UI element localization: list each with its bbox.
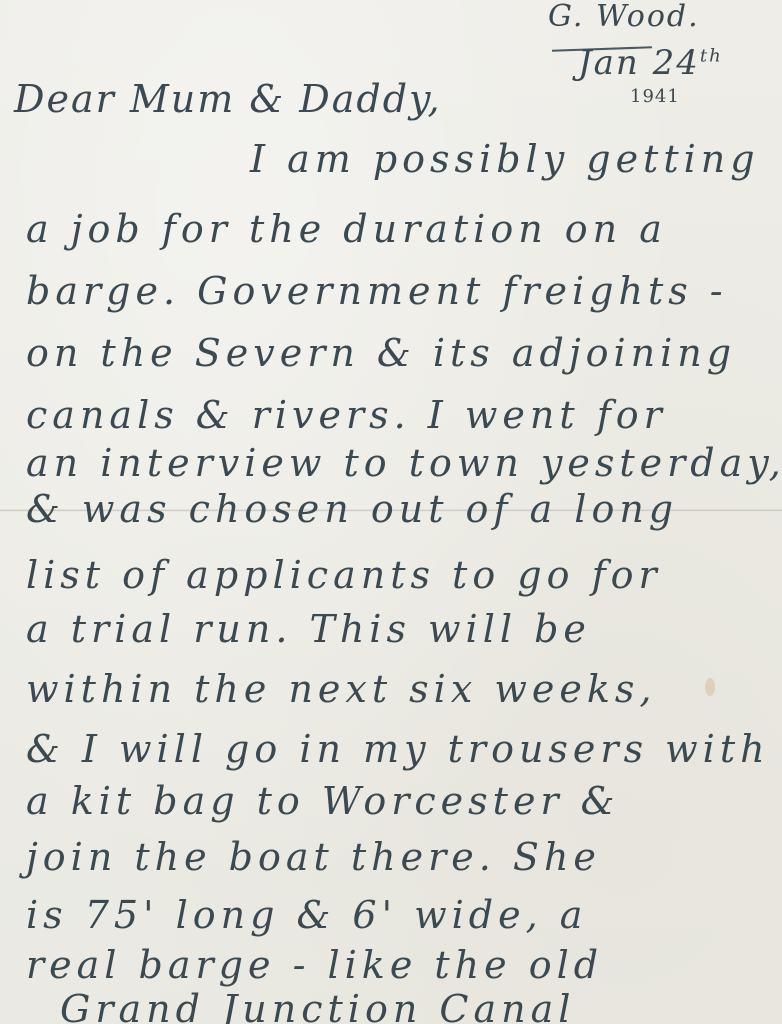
letter-line: list of applicants to go for bbox=[26, 556, 662, 594]
date-month-day: Jan 24 bbox=[578, 43, 700, 83]
date-suffix: th bbox=[700, 46, 723, 67]
sender-address: G. Wood. bbox=[548, 2, 700, 32]
letter-line: a job for the duration on a bbox=[26, 210, 667, 248]
letter-line: canals & rivers. I went for bbox=[26, 396, 667, 434]
letter-line: join the boat there. She bbox=[26, 838, 601, 876]
letter-line: & was chosen out of a long bbox=[26, 490, 678, 528]
letter-line: Grand Junction Canal bbox=[60, 990, 575, 1024]
paper-stain bbox=[705, 678, 715, 696]
letter-date: Jan 24th bbox=[578, 46, 723, 80]
letter-line: an interview to town yesterday, bbox=[26, 444, 782, 482]
letter-line: & I will go in my trousers with bbox=[26, 730, 770, 768]
letter-line: a kit bag to Worcester & bbox=[26, 782, 620, 820]
letter-line: on the Severn & its adjoining bbox=[26, 334, 736, 372]
letter-year: 1941 bbox=[630, 88, 680, 106]
letter-page: G. Wood. Jan 24th 1941 Dear Mum & Daddy,… bbox=[0, 0, 782, 1024]
letter-line: I am possibly getting bbox=[250, 140, 760, 178]
salutation: Dear Mum & Daddy, bbox=[14, 80, 442, 118]
letter-line: real barge - like the old bbox=[26, 946, 603, 984]
letter-line: is 75' long & 6' wide, a bbox=[26, 896, 587, 934]
letter-line: within the next six weeks, bbox=[26, 670, 656, 708]
letter-line: barge. Government freights - bbox=[26, 272, 728, 310]
letter-line: a trial run. This will be bbox=[26, 610, 591, 648]
